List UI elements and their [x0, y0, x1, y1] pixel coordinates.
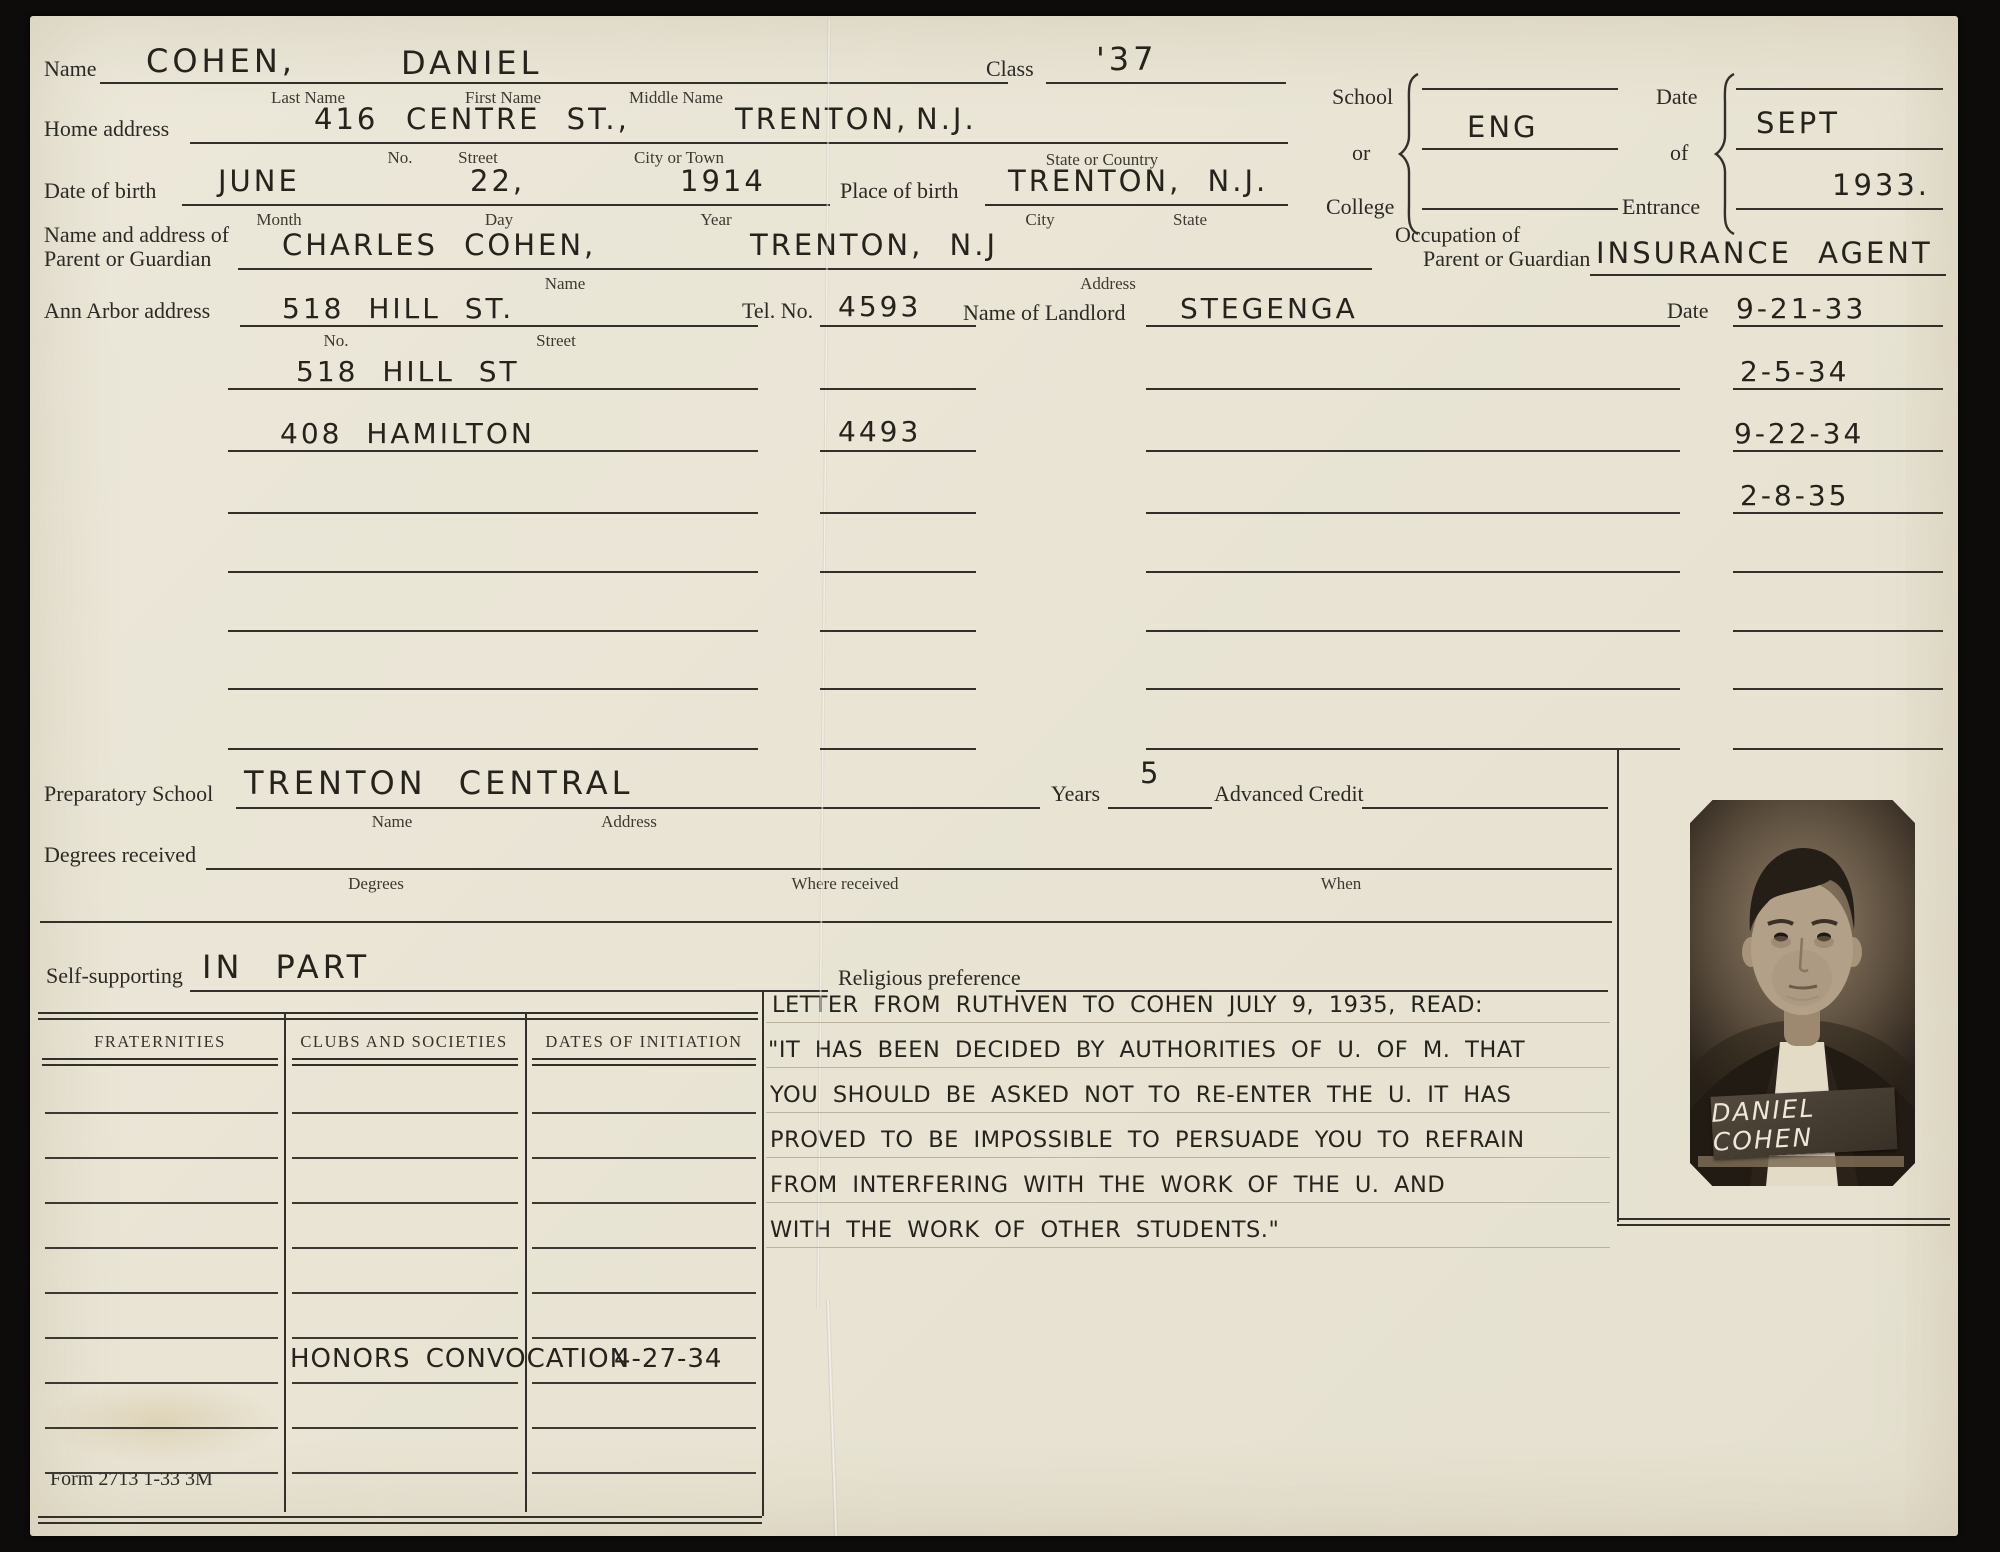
sub-degrees: Degrees [348, 874, 404, 894]
table-divider [284, 1012, 286, 1512]
school-line-3 [1422, 208, 1618, 210]
table-row-line [45, 1292, 278, 1294]
sub-no: No. [387, 148, 412, 168]
college-label: College [1326, 194, 1394, 220]
letter-line: YOU SHOULD BE ASKED NOT TO RE-ENTER THE … [770, 1082, 1511, 1108]
residence-tel-line [820, 450, 976, 452]
residence-date: 2-8-35 [1740, 479, 1849, 512]
sub-when: When [1321, 874, 1362, 894]
residence-date: 9-22-34 [1734, 417, 1864, 450]
residence-address-line [228, 512, 758, 514]
residence-date: 2-5-34 [1740, 355, 1849, 388]
header-rule [292, 1058, 518, 1060]
name-first-value: DANIEL [401, 44, 542, 82]
header-rule [42, 1058, 278, 1060]
or-label: or [1352, 140, 1370, 166]
residence-address: 408 HAMILTON [280, 417, 535, 450]
header-rule [292, 1064, 518, 1066]
date-label: Date [1656, 84, 1698, 110]
dob-line [182, 204, 830, 206]
name-last-value: COHEN, [146, 42, 296, 80]
sub-month: Month [256, 210, 301, 230]
table-row-line [45, 1472, 278, 1474]
table-bottom-rule [38, 1522, 762, 1524]
residence-tel: 4593 [838, 290, 921, 323]
column-header-dates: DATES OF INITIATION [545, 1032, 742, 1052]
home-street-value: CENTRE ST., [406, 102, 630, 136]
degrees-line [206, 868, 1612, 870]
table-row-line [292, 1247, 518, 1249]
prep-line [236, 807, 1040, 809]
table-right-divider [762, 992, 764, 1516]
years-value: 5 [1140, 756, 1161, 790]
table-bottom-rule [38, 1516, 762, 1518]
table-top-rule [38, 1018, 758, 1020]
home-address-label: Home address [44, 116, 169, 142]
advanced-credit-line [1362, 807, 1608, 809]
residence-address-line [228, 450, 758, 452]
occupation-value: INSURANCE AGENT [1596, 236, 1933, 270]
residence-tel-line [820, 688, 976, 690]
table-row-line [532, 1337, 756, 1339]
table-row-line [292, 1337, 518, 1339]
table-row-line [292, 1202, 518, 1204]
residence-tel: 4493 [838, 415, 921, 448]
letter-rule-line [766, 1202, 1610, 1203]
parent-address-value: TRENTON, N.J [750, 228, 998, 262]
entrance-label: Entrance [1622, 194, 1700, 220]
table-row-line [45, 1427, 278, 1429]
sub-year: Year [700, 210, 731, 230]
place-of-birth-label: Place of birth [840, 178, 959, 204]
sub-where-received: Where received [791, 874, 898, 894]
letter-line: "IT HAS BEEN DECIDED BY AUTHORITIES OF U… [768, 1037, 1525, 1063]
residence-landlord-line [1146, 748, 1680, 750]
school-value: ENG [1467, 110, 1539, 144]
photo-box-border [1617, 1218, 1950, 1220]
residence-address-line [228, 571, 758, 573]
column-header-clubs: CLUBS AND SOCIETIES [300, 1032, 507, 1052]
name-label: Name [44, 56, 97, 82]
letter-line: LETTER FROM RUTHVEN TO COHEN JULY 9, 193… [772, 992, 1483, 1018]
residence-address: 518 HILL ST. [282, 292, 514, 325]
column-header-fraternities: FRATERNITIES [94, 1032, 226, 1052]
pob-value: TRENTON, N.J. [1008, 164, 1268, 198]
degrees-blank-line [40, 921, 1612, 923]
table-row-line [292, 1292, 518, 1294]
table-row-line [532, 1292, 756, 1294]
occupation-line [1590, 274, 1946, 276]
paper-stain [40, 1380, 280, 1464]
religious-preference-label: Religious preference [838, 965, 1021, 991]
home-no-value: 416 [314, 102, 378, 136]
parent-label-2: Parent or Guardian [44, 246, 211, 272]
sub-aa-no: No. [323, 331, 348, 351]
tel-no-label: Tel. No. [742, 298, 813, 324]
residence-address-line [240, 325, 758, 327]
honors-convocation-entry: HONORS CONVOCATION [290, 1344, 630, 1374]
residence-landlord-line [1146, 325, 1680, 327]
letter-rule-line [766, 1022, 1610, 1023]
table-row-line [292, 1112, 518, 1114]
advanced-credit-label: Advanced Credit [1214, 781, 1364, 807]
residence-landlord-line [1146, 630, 1680, 632]
table-row-line [45, 1337, 278, 1339]
letter-rule-line [766, 1112, 1610, 1113]
occupation-label-2: Parent or Guardian [1423, 246, 1590, 272]
table-row-line [292, 1382, 518, 1384]
residence-address-line [228, 748, 758, 750]
letter-rule-line [766, 1067, 1610, 1068]
years-line [1108, 807, 1212, 809]
letter-line: FROM INTERFERING WITH THE WORK OF THE U.… [770, 1172, 1445, 1198]
residence-date: 9-21-33 [1736, 292, 1866, 325]
letter-rule-line [766, 1247, 1610, 1248]
residence-date-line [1733, 512, 1943, 514]
letter-line: WITH THE WORK OF OTHER STUDENTS." [770, 1217, 1279, 1243]
date-line-2 [1736, 148, 1943, 150]
residence-tel-line [820, 512, 976, 514]
years-label: Years [1051, 781, 1100, 807]
table-row-line [532, 1382, 756, 1384]
entrance-month-value: SEPT [1756, 106, 1840, 140]
header-rule [532, 1064, 756, 1066]
name-line [100, 82, 1008, 84]
sub-day: Day [485, 210, 513, 230]
school-line-2 [1422, 148, 1618, 150]
class-label: Class [986, 56, 1034, 82]
student-portrait-photo: DANIEL COHEN [1690, 800, 1915, 1186]
residence-tel-line [820, 571, 976, 573]
honors-convocation-date: 4-27-34 [614, 1344, 722, 1374]
school-label: School [1332, 84, 1393, 110]
ann-arbor-address-label: Ann Arbor address [44, 298, 210, 324]
sub-pob-city: City [1025, 210, 1054, 230]
table-row-line [292, 1157, 518, 1159]
residence-date-line [1733, 630, 1943, 632]
residence-date-line [1733, 388, 1943, 390]
residence-date-label: Date [1667, 298, 1709, 324]
table-row-line [45, 1157, 278, 1159]
residence-landlord-line [1146, 688, 1680, 690]
self-supporting-value: IN PART [202, 948, 370, 986]
table-top-rule [38, 1012, 758, 1014]
school-brace [1398, 72, 1422, 236]
dob-day-value: 22, [470, 164, 525, 198]
parent-name-value: CHARLES COHEN, [282, 228, 596, 262]
residence-tel-line [820, 388, 976, 390]
residence-landlord-line [1146, 512, 1680, 514]
letter-line: PROVED TO BE IMPOSSIBLE TO PERSUADE YOU … [770, 1127, 1525, 1153]
residence-tel-line [820, 748, 976, 750]
parent-line [238, 268, 1372, 270]
table-row-line [532, 1427, 756, 1429]
dob-month-value: JUNE [218, 164, 300, 198]
table-row-line [532, 1247, 756, 1249]
prep-school-value: TRENTON CENTRAL [244, 764, 633, 802]
sub-pob-state: State [1173, 210, 1207, 230]
sub-parent-name: Name [545, 274, 586, 294]
degrees-received-label: Degrees received [44, 842, 196, 868]
school-line-1 [1422, 88, 1618, 90]
table-row-line [532, 1157, 756, 1159]
class-value: '37 [1096, 40, 1158, 78]
table-row-line [292, 1427, 518, 1429]
residence-address-line [228, 688, 758, 690]
photo-caption: DANIEL COHEN [1711, 1089, 1898, 1157]
class-line [1046, 82, 1286, 84]
residence-address-line [228, 388, 758, 390]
residence-address-line [228, 630, 758, 632]
sub-middle-name: Middle Name [629, 88, 723, 108]
table-row-line [45, 1112, 278, 1114]
entrance-brace [1714, 72, 1738, 236]
home-address-line [190, 142, 1288, 144]
letter-rule-line [766, 1157, 1610, 1158]
residence-date-line [1733, 748, 1943, 750]
dob-year-value: 1914 [680, 164, 766, 198]
prep-school-label: Preparatory School [44, 781, 213, 807]
residence-date-line [1733, 325, 1943, 327]
entrance-year-value: 1933. [1832, 168, 1930, 202]
header-rule [42, 1064, 278, 1066]
table-row-line [532, 1112, 756, 1114]
residence-tel-line [820, 630, 976, 632]
parent-label-1: Name and address of [44, 222, 229, 248]
photo-nameplate: DANIEL COHEN [1711, 1087, 1898, 1159]
residence-date-line [1733, 688, 1943, 690]
sub-prep-name: Name [372, 812, 413, 832]
table-divider [525, 1012, 527, 1512]
residence-date-line [1733, 450, 1943, 452]
table-row-line [45, 1247, 278, 1249]
table-row-line [292, 1472, 518, 1474]
photo-box-border [1617, 1224, 1950, 1226]
table-row-line [532, 1472, 756, 1474]
scanned-student-record: Name COHEN, DANIEL Last Name First Name … [0, 0, 2000, 1552]
table-row-line [45, 1382, 278, 1384]
residence-landlord-line [1146, 450, 1680, 452]
header-rule [532, 1058, 756, 1060]
table-row-line [532, 1202, 756, 1204]
residence-landlord-line [1146, 388, 1680, 390]
table-row-line [45, 1202, 278, 1204]
home-city-value: TRENTON, [735, 102, 908, 136]
home-state-value: N.J. [916, 102, 977, 136]
date-line-3 [1736, 208, 1943, 210]
self-supporting-label: Self-supporting [46, 963, 183, 989]
residence-tel-line [820, 325, 976, 327]
date-line-1 [1736, 88, 1943, 90]
photo-box-border [1617, 748, 1619, 1222]
sub-prep-address: Address [601, 812, 657, 832]
self-supporting-line [190, 990, 828, 992]
residence-date-line [1733, 571, 1943, 573]
sub-aa-street: Street [536, 331, 576, 351]
residence-landlord-line [1146, 571, 1680, 573]
pob-line [985, 204, 1288, 206]
of-label: of [1670, 140, 1688, 166]
sub-parent-address: Address [1080, 274, 1136, 294]
date-of-birth-label: Date of birth [44, 178, 156, 204]
landlord-label: Name of Landlord [963, 300, 1126, 326]
residence-address: 518 HILL ST [296, 355, 520, 388]
residence-landlord: STEGENGA [1180, 292, 1358, 325]
